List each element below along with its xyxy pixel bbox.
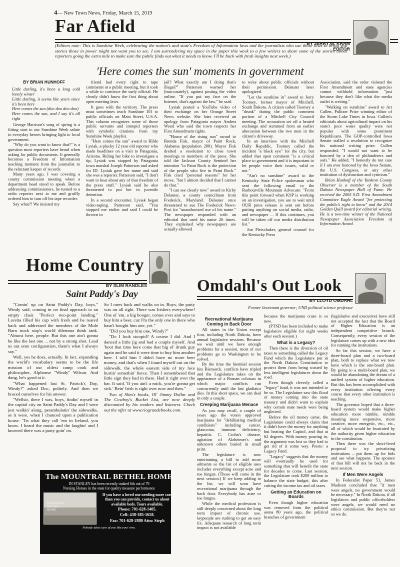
ad-subtitle-2: Nursing Homes in the state for quality m… [44, 486, 172, 491]
paragraph: friend had every right to tape comments … [86, 80, 158, 104]
paragraph: Association, said the order violated the… [320, 80, 392, 104]
paragraph: Well, yes he does, actually. In fact, ex… [8, 354, 98, 380]
paragraph: because the marijuana craze is so new. [264, 314, 328, 324]
paragraph: (legislative and executive) have still n… [331, 314, 395, 348]
paragraph: Jon Fleischaker, general counsel for the… [242, 228, 314, 238]
paragraph: In an interview with the Mitchell Daily … [242, 139, 314, 173]
paragraph: Then there is the diversion of oil taxes… [264, 346, 328, 380]
editor-photo [353, 20, 389, 55]
ad-body-text: If you have a loved one needing more car… [100, 493, 171, 507]
paragraph: Before the oil money came, the Legislatu… [264, 415, 328, 454]
main-headline: 'Here comes the sun' moments in governme… [20, 66, 380, 78]
paragraph: "House of the rising sun" award to Brend… [164, 134, 236, 187]
home-country-headline: Saint Paddy's Day [8, 290, 196, 300]
paragraph: Many years ago, I was covering a county … [8, 172, 80, 201]
paragraph: By the time the biennial session hits Bi… [197, 362, 261, 401]
ad-tagline: Nobody takes care of you like your own. [44, 526, 172, 530]
paragraph: It goes with the territory. The press mu… [86, 105, 158, 139]
omdahl-photo [355, 273, 386, 304]
paragraph: jail? What exactly am I doing that's ill… [164, 80, 236, 104]
building-photo-caption: MOUNTRAIL BETHEL HOME [47, 502, 67, 512]
paragraph: Even though higher education was removed… [264, 500, 328, 519]
paragraph: In a second encounter, Lysiak began vide… [86, 198, 158, 217]
paragraph: All states in the Union except four, inc… [197, 328, 261, 362]
paragraph: In Federalist Paper 51, James Madison co… [331, 478, 395, 517]
omdahl-column-2: because the marijuana craze is so new. (… [264, 314, 328, 550]
home-country-section-title: Home Country [26, 255, 144, 276]
paragraph: "Legacy" suggests that the money will ev… [264, 454, 328, 488]
article-column-4: to write about public officials without … [242, 80, 314, 273]
editors-note-block: (Editors note: This is Sunshine Week, ce… [55, 43, 347, 66]
song-lyrics: Little darling, it's been a long cold lo… [8, 87, 80, 121]
paragraph: "Why do you want to know that?" is a que… [8, 143, 80, 172]
paragraph: "I can see clearly now" award to Kirby D… [164, 188, 236, 232]
paragraph: "Ain't no sunshine" award to the Kentuck… [242, 174, 314, 227]
home-country-column-1: "Comin' up on Saint Paddy's Day, boys," … [8, 302, 98, 465]
omdahl-byline: BY LLOYD OMDAHL [197, 298, 353, 304]
author-bio: Brian Hunhoff of the Yankton County Obse… [320, 178, 392, 227]
far-afield-section-title: Far Afield [55, 16, 135, 37]
paragraph: "Wellsir, there I was, boys, findin' mys… [8, 397, 98, 433]
paragraph: (PTSD has been included to make legislat… [264, 324, 328, 339]
ad-cell: Cell: 438-383-1658. [100, 513, 171, 518]
paragraph: "Here comes the sun" award to Hilde Lysi… [86, 139, 158, 197]
nursing-home-ad: The MOUNTRAIL BETHEL HOME IN STANLEY has… [40, 470, 171, 554]
paragraph: Even though cleverly called a "legacy" f… [264, 381, 328, 415]
paragraph: "Let the sunshine in" award to Jerry Too… [242, 95, 314, 139]
paragraph: Lysiak posted a YouTube video of their e… [164, 105, 236, 134]
ad-title: The MOUNTRAIL BETHEL HOME [44, 473, 172, 482]
paragraph: "Did you buy him one, Windy?" [104, 328, 195, 333]
paragraph: George Harrison's song of spring is a fi… [8, 123, 80, 142]
omdahl-section-title: Omdahl's Out Look [197, 276, 342, 296]
subhead-marijuana: Creeping Marijuana Menace [197, 402, 261, 407]
omdahl-column-1: Recreational Marijuana Coming in Back Do… [197, 314, 261, 550]
paragraph: Say what?! We insisted my [8, 202, 80, 207]
editors-note: (Editors note: This is Sunshine Week, ce… [55, 43, 347, 59]
paragraph: to write about public officials without … [242, 80, 314, 95]
omdahl-credential-block: Former lieutenant governor; UND politica… [180, 305, 353, 313]
omdahl-article-headline: Recreational Marijuana Coming in Back Do… [197, 317, 261, 327]
paragraph: So far this session, we have a three-boa… [331, 348, 395, 401]
omdahl-credential: Former lieutenant governor; UND politica… [180, 305, 353, 310]
building-photo: MOUNTRAIL BETHEL HOME [44, 493, 97, 525]
paragraph: While the medical profession is still de… [197, 501, 261, 530]
ad-phone: Phone: 701-628-1405. [100, 507, 171, 512]
paragraph: The governor hoped that a three-board sy… [331, 402, 395, 441]
newspaper-page: 4— New Town News, Friday, March 15, 2019… [0, 0, 400, 567]
paragraph: "Walking on sunshine" award to Art Culle… [320, 105, 392, 178]
subhead-education: Getting an Education on Boards [264, 490, 328, 500]
subhead-legacy: What is a Legacy? [264, 340, 328, 345]
article-column-3: jail? What exactly am I doing that's ill… [164, 80, 236, 270]
article-byline: BY BRIAN HUNHOFF [8, 80, 80, 85]
slim-randles-byline: BY SLIM RANDLES [8, 283, 147, 289]
ad-fax: Fax: 701-628-2880 Attn: Steph [100, 518, 171, 523]
article-column-1: BY BRIAN HUNHOFF Little darling, it's be… [8, 80, 80, 252]
home-country-column-2: So I rares back and walks on in. Boys, t… [104, 302, 195, 465]
books-promo: Two of Slim's books, Ol' Jimmy Dollar an… [104, 392, 195, 413]
far-afield-rule-end [390, 39, 398, 43]
paragraph: As you may recall, a couple of years ago… [197, 408, 261, 452]
article-column-2: friend had every right to tape comments … [86, 80, 158, 252]
article-column-5: Association, said the order violated the… [320, 80, 392, 273]
paragraph: "What happened last St. Patrick's Day, W… [8, 381, 98, 397]
paragraph: "Do I look stoopid? A course I did. And … [104, 334, 195, 391]
omdahl-column-3: (legislative and executive) have still n… [331, 314, 395, 550]
paragraph: "Comin' up on Saint Paddy's Day, boys," … [8, 302, 98, 354]
slim-randles-photo [149, 251, 170, 284]
paragraph: Then there was the short-lived proposal … [331, 442, 395, 471]
paragraph: The legislature is now entertaining a bi… [197, 452, 261, 501]
subhead-angels: If Men Were Angels [331, 472, 395, 477]
